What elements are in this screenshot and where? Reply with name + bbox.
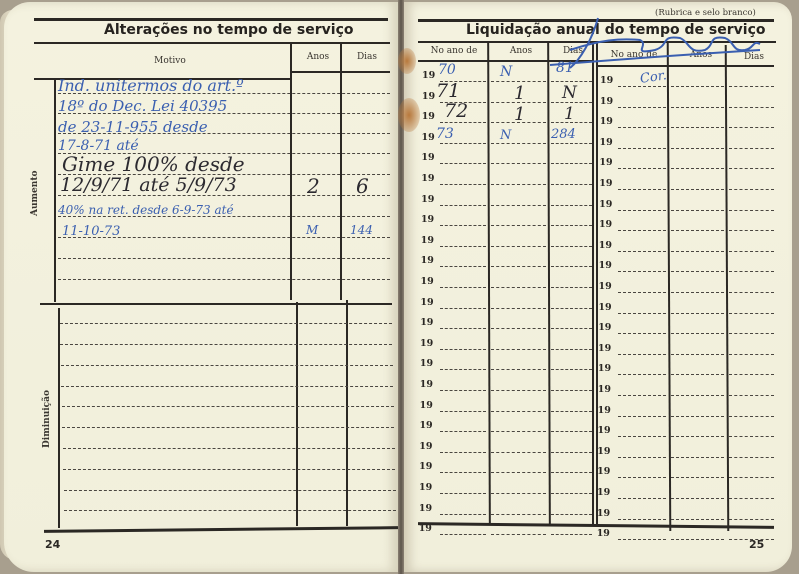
year-prefix: 19 <box>420 400 433 411</box>
dotted-line <box>440 143 486 144</box>
column-divider <box>340 42 342 300</box>
dotted-line <box>491 349 546 350</box>
dotted-line <box>671 477 724 478</box>
dotted-line <box>551 163 592 164</box>
dotted-line <box>491 184 546 185</box>
dotted-line <box>440 246 486 247</box>
year-prefix: 19 <box>597 446 610 457</box>
dotted-line <box>551 328 592 329</box>
dias-value: 144 <box>350 223 373 237</box>
dotted-line <box>671 519 724 520</box>
year-prefix: 19 <box>597 466 610 477</box>
dotted-line <box>729 251 774 252</box>
year-prefix: 19 <box>422 70 435 81</box>
section-label-aumento: Aumento <box>30 171 40 216</box>
year-prefix: 19 <box>600 137 613 148</box>
dotted-line <box>491 369 546 370</box>
dotted-line <box>440 205 486 206</box>
year-prefix: 19 <box>598 302 611 313</box>
dotted-line <box>729 436 774 437</box>
dotted-line <box>440 349 486 350</box>
dotted-line <box>671 210 724 211</box>
year-prefix: 19 <box>422 132 435 143</box>
column-header-motivo: Motivo <box>130 56 210 66</box>
year-prefix: 19 <box>597 425 610 436</box>
year-prefix: 19 <box>421 214 434 225</box>
dotted-line <box>551 81 592 82</box>
dotted-line <box>491 452 546 453</box>
dotted-line <box>551 431 592 432</box>
dotted-line <box>491 514 546 515</box>
column-header-ano: No ano de <box>420 46 488 56</box>
dotted-line <box>551 411 592 412</box>
handwritten-line: Ind. unitermos do art.º <box>58 76 244 95</box>
section-label-diminuicao: Diminuição <box>42 390 52 448</box>
dotted-line <box>60 323 392 324</box>
dotted-line <box>671 395 724 396</box>
dotted-line <box>491 163 546 164</box>
dotted-line <box>729 477 774 478</box>
dotted-line <box>671 86 724 87</box>
dotted-line <box>440 452 486 453</box>
handwritten-line: 40% na ret. desde 6-9-73 até <box>58 203 234 217</box>
dotted-line <box>618 271 666 272</box>
dotted-line <box>491 205 546 206</box>
dotted-line <box>440 534 486 535</box>
dotted-line <box>551 143 592 144</box>
dotted-line <box>491 328 546 329</box>
dotted-line <box>729 457 774 458</box>
year-prefix: 19 <box>419 482 432 493</box>
anos-value: N <box>500 128 511 143</box>
handwritten-line: 18º do Dec. Lei 40395 <box>58 97 227 115</box>
dotted-line <box>551 184 592 185</box>
column-divider <box>346 300 348 526</box>
dotted-line <box>64 490 396 491</box>
dotted-line <box>440 328 486 329</box>
dotted-line <box>729 292 774 293</box>
dotted-line <box>551 205 592 206</box>
year-prefix: 19 <box>419 461 432 472</box>
dotted-line <box>551 225 592 226</box>
dotted-line <box>58 279 390 280</box>
dotted-line <box>440 411 486 412</box>
dotted-line <box>551 472 592 473</box>
year-prefix: 19 <box>420 297 433 308</box>
dotted-line <box>551 534 592 535</box>
dotted-line <box>440 308 486 309</box>
dotted-line <box>729 333 774 334</box>
handwritten-line: 12/9/71 até 5/9/73 <box>60 174 237 196</box>
year-prefix: 19 <box>600 96 613 107</box>
dotted-line <box>618 436 666 437</box>
dias-value: 6 <box>356 174 369 198</box>
dotted-line <box>491 308 546 309</box>
dotted-line <box>60 344 392 345</box>
dotted-line <box>729 416 774 417</box>
dotted-line <box>61 365 393 366</box>
year-prefix: 19 <box>599 219 612 230</box>
year-value: 73 <box>436 126 454 142</box>
dotted-line <box>491 493 546 494</box>
year-prefix: 19 <box>597 487 610 498</box>
anos-value: 1 <box>514 83 525 104</box>
dotted-line <box>671 251 724 252</box>
year-prefix: 19 <box>599 199 612 210</box>
dotted-line <box>729 374 774 375</box>
dotted-line <box>671 313 724 314</box>
dotted-line <box>671 271 724 272</box>
top-rule <box>34 18 388 21</box>
dotted-line <box>618 395 666 396</box>
dotted-line <box>440 163 486 164</box>
section-divider <box>58 308 60 528</box>
dotted-line <box>440 472 486 473</box>
year-prefix: 19 <box>599 157 612 168</box>
dotted-line <box>618 539 666 540</box>
year-prefix: 19 <box>420 358 433 369</box>
dotted-line <box>671 416 724 417</box>
dotted-line <box>729 271 774 272</box>
year-prefix: 19 <box>421 173 434 184</box>
dotted-line <box>729 230 774 231</box>
dotted-line <box>671 292 724 293</box>
dotted-line <box>551 287 592 288</box>
page-number-right: 25 <box>749 538 764 551</box>
dotted-line <box>63 469 395 470</box>
dotted-line <box>440 431 486 432</box>
dotted-line <box>491 266 546 267</box>
dotted-line <box>58 258 390 259</box>
dotted-line <box>729 498 774 499</box>
dotted-line <box>618 416 666 417</box>
dotted-line <box>551 369 592 370</box>
year-prefix: 19 <box>421 276 434 287</box>
dotted-line <box>440 184 486 185</box>
dotted-line <box>618 313 666 314</box>
dotted-line <box>618 354 666 355</box>
dotted-line <box>671 333 724 334</box>
dotted-line <box>440 369 486 370</box>
dotted-line <box>618 457 666 458</box>
dotted-line <box>618 210 666 211</box>
dotted-line <box>618 107 666 108</box>
left-page-title: Alterações no tempo de serviço <box>104 22 354 38</box>
anos-value: M <box>306 223 318 237</box>
year-prefix: 19 <box>422 111 435 122</box>
dotted-line <box>551 308 592 309</box>
dotted-line <box>551 390 592 391</box>
dotted-line <box>729 127 774 128</box>
dotted-line <box>618 477 666 478</box>
dotted-line <box>62 427 394 428</box>
dotted-line <box>491 287 546 288</box>
dotted-line <box>671 436 724 437</box>
dotted-line <box>491 534 546 535</box>
year-value: 71 <box>436 80 460 102</box>
dotted-line <box>671 189 724 190</box>
dotted-line <box>551 452 592 453</box>
dotted-line <box>551 266 592 267</box>
anos-value: 1 <box>514 104 525 125</box>
dotted-line <box>671 374 724 375</box>
dotted-line <box>551 349 592 350</box>
year-value: 70 <box>438 62 456 78</box>
dotted-line <box>440 266 486 267</box>
dotted-line <box>671 148 724 149</box>
anos-value: N <box>500 64 512 80</box>
open-booklet: Alterações no tempo de serviço Motivo An… <box>0 0 799 574</box>
header-rule <box>34 42 390 44</box>
handwritten-line: 11-10-73 <box>62 224 120 239</box>
dotted-line <box>618 292 666 293</box>
column-divider <box>592 41 594 525</box>
dotted-line <box>729 189 774 190</box>
year-prefix: 19 <box>422 91 435 102</box>
year-prefix: 19 <box>598 384 611 395</box>
dotted-line <box>618 230 666 231</box>
handwritten-line: Gime 100% desde <box>62 152 245 176</box>
dotted-line <box>729 313 774 314</box>
year-prefix: 19 <box>599 178 612 189</box>
year-prefix: 19 <box>599 240 612 251</box>
dias-value: N <box>562 83 577 103</box>
dotted-line <box>440 514 486 515</box>
year-prefix: 19 <box>419 503 432 514</box>
dotted-line <box>491 81 546 82</box>
year-prefix: 19 <box>600 116 613 127</box>
dotted-line <box>64 510 396 511</box>
dotted-line <box>618 333 666 334</box>
year-prefix: 19 <box>598 363 611 374</box>
stain <box>398 98 420 132</box>
column-divider <box>290 42 292 300</box>
dotted-line <box>63 448 395 449</box>
year-prefix: 19 <box>421 255 434 266</box>
column-divider <box>296 302 298 526</box>
dotted-line <box>491 431 546 432</box>
dotted-line <box>671 168 724 169</box>
dotted-line <box>671 107 724 108</box>
dotted-line <box>618 189 666 190</box>
dotted-line <box>671 127 724 128</box>
dotted-line <box>671 539 724 540</box>
dotted-line <box>729 519 774 520</box>
dotted-line <box>729 395 774 396</box>
dotted-line <box>551 493 592 494</box>
dotted-line <box>671 230 724 231</box>
dotted-line <box>440 390 486 391</box>
year-prefix: 19 <box>421 152 434 163</box>
dotted-line <box>440 493 486 494</box>
dias-value: 1 <box>564 104 575 124</box>
year-prefix: 19 <box>598 405 611 416</box>
dotted-line <box>491 225 546 226</box>
dotted-line <box>671 354 724 355</box>
section-rule <box>40 303 392 305</box>
dotted-line <box>729 210 774 211</box>
dotted-line <box>551 246 592 247</box>
dotted-line <box>618 168 666 169</box>
year-prefix: 19 <box>598 343 611 354</box>
anos-value: 2 <box>307 174 320 198</box>
year-prefix: 19 <box>420 317 433 328</box>
dotted-line <box>491 472 546 473</box>
dotted-line <box>491 246 546 247</box>
year-prefix: 19 <box>421 194 434 205</box>
year-prefix: 19 <box>599 281 612 292</box>
handwritten-line: de 23-11-955 desde <box>58 118 208 136</box>
dias-value: 284 <box>551 127 576 142</box>
dotted-line <box>491 411 546 412</box>
dotted-line <box>618 519 666 520</box>
dotted-line <box>618 251 666 252</box>
column-header-anos: Anos <box>296 52 340 62</box>
dotted-line <box>440 287 486 288</box>
column-header-dias: Dias <box>344 52 390 62</box>
page-number-left: 24 <box>45 538 60 551</box>
section-divider <box>54 80 56 302</box>
dotted-line <box>61 386 393 387</box>
dotted-line <box>729 168 774 169</box>
dotted-line <box>729 107 774 108</box>
year-prefix: 19 <box>420 338 433 349</box>
year-value: 72 <box>444 100 468 122</box>
dotted-line <box>440 122 486 123</box>
dotted-line <box>671 457 724 458</box>
dotted-line <box>618 127 666 128</box>
dotted-line <box>618 374 666 375</box>
year-prefix: 19 <box>420 379 433 390</box>
year-prefix: 19 <box>597 528 610 539</box>
dotted-line <box>729 148 774 149</box>
dotted-line <box>618 498 666 499</box>
year-prefix: 19 <box>598 322 611 333</box>
dotted-line <box>729 354 774 355</box>
dotted-line <box>491 390 546 391</box>
year-prefix: 19 <box>419 420 432 431</box>
dotted-line <box>440 225 486 226</box>
dotted-line <box>671 498 724 499</box>
stain <box>398 48 416 74</box>
dotted-line <box>618 148 666 149</box>
dotted-line <box>729 86 774 87</box>
year-prefix: 19 <box>421 235 434 246</box>
dotted-line <box>551 514 592 515</box>
year-prefix: 19 <box>597 508 610 519</box>
year-prefix: 19 <box>419 441 432 452</box>
dotted-line <box>62 406 394 407</box>
year-prefix: 19 <box>599 260 612 271</box>
